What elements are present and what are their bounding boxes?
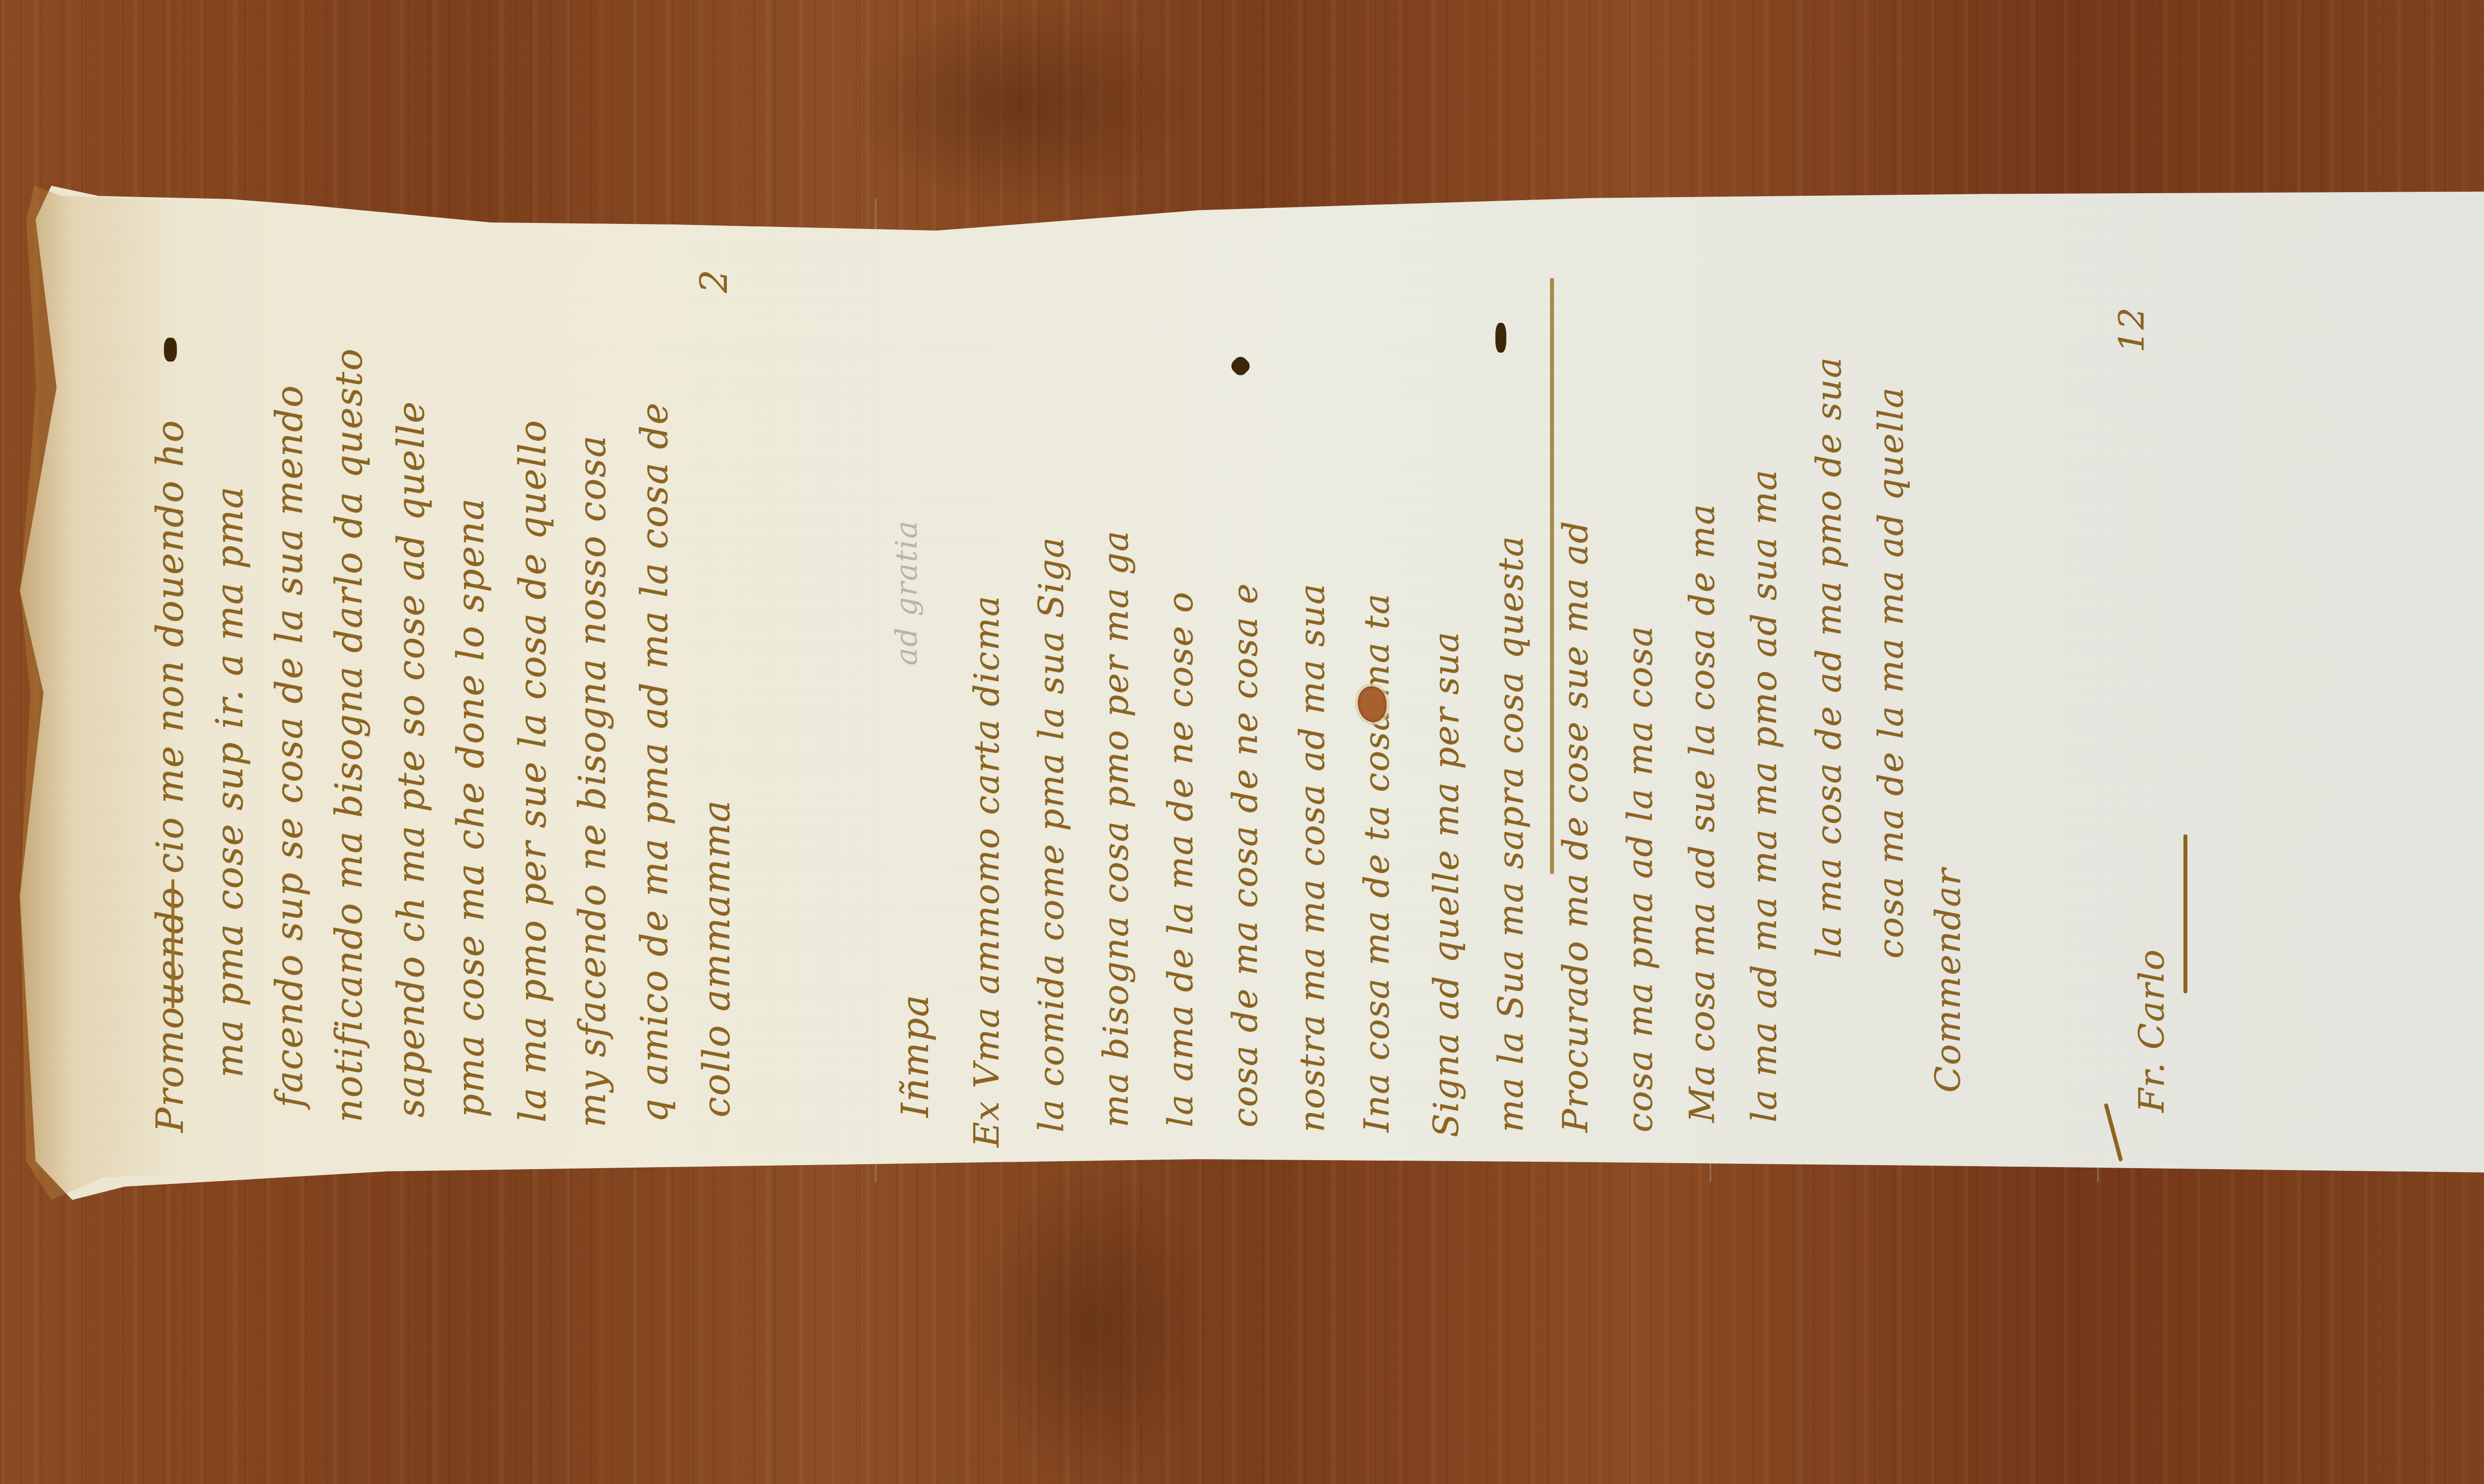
- manuscript-line: ma la Sua ma sapra cosa questa: [1490, 368, 1531, 1132]
- manuscript-line: cosa de ma cosa de ne cosa e: [1225, 392, 1265, 1127]
- manuscript-line: collo ammamma: [696, 497, 738, 1117]
- manuscript-line: notificando ma bisogna darlo da questo: [328, 228, 371, 1122]
- closing-word: Commendar: [1928, 844, 1968, 1093]
- ink-blot: [164, 338, 177, 362]
- manuscript-line: facendo sup se cosa de la sua mendo: [268, 223, 311, 1108]
- manuscript-line: ma pma cose sup ir. a ma pma: [209, 233, 251, 1078]
- manuscript-line: q amico de ma pma ad ma la cosa de: [633, 278, 676, 1122]
- corner-number: 12: [2111, 278, 2152, 353]
- manuscript-line: Procurado ma de cose sue ma ad: [1555, 392, 1596, 1132]
- bleedthrough-text: ad gratia: [889, 387, 924, 666]
- manuscript-line: la ma ad ma ma ma pmo ad sua ma: [1744, 377, 1785, 1122]
- manuscript-line: la comida come pma la sua Siga: [1031, 387, 1072, 1132]
- wood-grain-knot: [969, 1167, 1217, 1484]
- manuscript-line: pma cose ma che done lo spena: [450, 219, 492, 1117]
- flourish-stroke: [171, 879, 174, 1008]
- manuscript-line: sapendo ch ma pte so cose ad quelle: [390, 233, 433, 1117]
- manuscript-line: Ma cosa ma ad sue la cosa de ma: [1682, 377, 1722, 1122]
- manuscript-line: my sfacendo ne bisogna nosso cosa: [571, 233, 614, 1127]
- manuscript-line: Ex Vma ammomo carta dicma: [966, 377, 1007, 1147]
- manuscript-line: la ma pmo per sue la cosa de quello: [512, 223, 554, 1122]
- manuscript-line: nostra ma ma cosa ad ma sua: [1292, 407, 1332, 1132]
- ink-blot: [1495, 323, 1506, 353]
- wood-grain-knot: [845, 0, 1192, 209]
- strikethrough-stroke: [1550, 278, 1554, 874]
- aged-edge-stain: [20, 184, 229, 1202]
- manuscript-line: cosa ma de la ma ma ad quella: [1870, 263, 1911, 959]
- signature-text: Fr. Carlo: [2131, 973, 2172, 1113]
- manuscript-line: la ma cosa de ad ma pmo de sua: [1808, 263, 1849, 959]
- manuscript-line: la ama de la ma de ne cose o: [1160, 422, 1201, 1127]
- manuscript-line: cosa ma pma ad la ma cosa: [1620, 387, 1660, 1132]
- paper-fold-line: [2096, 199, 2099, 1182]
- manuscript-line: Signa ad quelle ma per sua: [1426, 392, 1467, 1137]
- marginal-number: 2: [693, 233, 736, 293]
- manuscript-line: ma bisogna cosa pmo per ma ga: [1095, 392, 1136, 1127]
- signature-flourish: [2183, 834, 2187, 993]
- salutation-mark: Iñmpa: [894, 944, 937, 1117]
- manuscript-line: Ina cosa ma de ta cosa ma ta: [1356, 397, 1397, 1132]
- paper-fold-line: [874, 199, 877, 1182]
